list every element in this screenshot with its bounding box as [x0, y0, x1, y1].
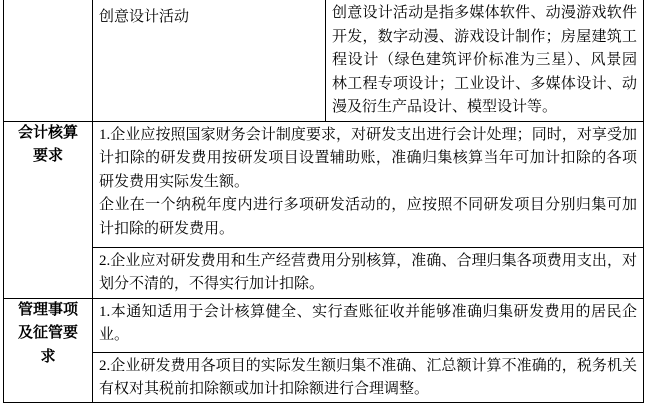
accounting-requirements-header-cell: 会计核算要求	[4, 121, 93, 298]
admin-item2-cell: 2.企业研发费用各项目的实际发生额归集不准确、汇总额计算不准确的，税务机关有权对…	[93, 352, 644, 402]
creative-activity-definition-cell: 创意设计活动是指多媒体软件、动漫游戏软件开发，数字动漫、游戏设计制作；房屋建筑工…	[326, 0, 644, 121]
table-row-accounting-item1: 会计核算要求 1.企业应按照国家财务会计制度要求，对研发支出进行会计处理；同时，…	[4, 121, 644, 247]
admin-item1-cell: 1.本通知适用于会计核算健全、实行查账征收并能够准确归集研发费用的居民企业。	[93, 298, 644, 352]
accounting-item2-cell: 2.企业应对研发费用和生产经营费用分别核算，准确、合理归集各项费用支出，对划分不…	[93, 247, 644, 298]
accounting-item1-paragraph2: 企业在一个纳税年度内进行多项研发活动的，应按照不同研发项目分别归集可加计扣除的研…	[99, 194, 637, 241]
table-row-admin-item1: 管理事项及征管要求 1.本通知适用于会计核算健全、实行查账征收并能够准确归集研发…	[4, 298, 644, 352]
table-row-admin-item2: 2.企业研发费用各项目的实际发生额归集不准确、汇总额计算不准确的，税务机关有权对…	[4, 352, 644, 402]
rd-expense-policy-table: 创意设计活动 创意设计活动是指多媒体软件、动漫游戏软件开发，数字动漫、游戏设计制…	[3, 0, 644, 403]
accounting-requirements-header-text: 会计核算要求	[15, 122, 81, 169]
table-row-accounting-item2: 2.企业应对研发费用和生产经营费用分别核算，准确、合理归集各项费用支出，对划分不…	[4, 247, 644, 298]
creative-activity-label-cell: 创意设计活动	[93, 0, 326, 121]
accounting-item1-cell: 1.企业应按照国家财务会计制度要求，对研发支出进行会计处理；同时，对享受加计扣除…	[93, 121, 644, 247]
admin-requirements-header-cell: 管理事项及征管要求	[4, 298, 93, 402]
admin-requirements-header-text: 管理事项及征管要求	[15, 299, 81, 370]
document-page: 创意设计活动 创意设计活动是指多媒体软件、动漫游戏软件开发，数字动漫、游戏设计制…	[0, 0, 646, 408]
row-header-empty-cropped	[4, 0, 93, 121]
accounting-item1-paragraph1: 1.企业应按照国家财务会计制度要求，对研发支出进行会计处理；同时，对享受加计扣除…	[99, 124, 637, 195]
table-row-creative-design: 创意设计活动 创意设计活动是指多媒体软件、动漫游戏软件开发，数字动漫、游戏设计制…	[4, 0, 644, 121]
